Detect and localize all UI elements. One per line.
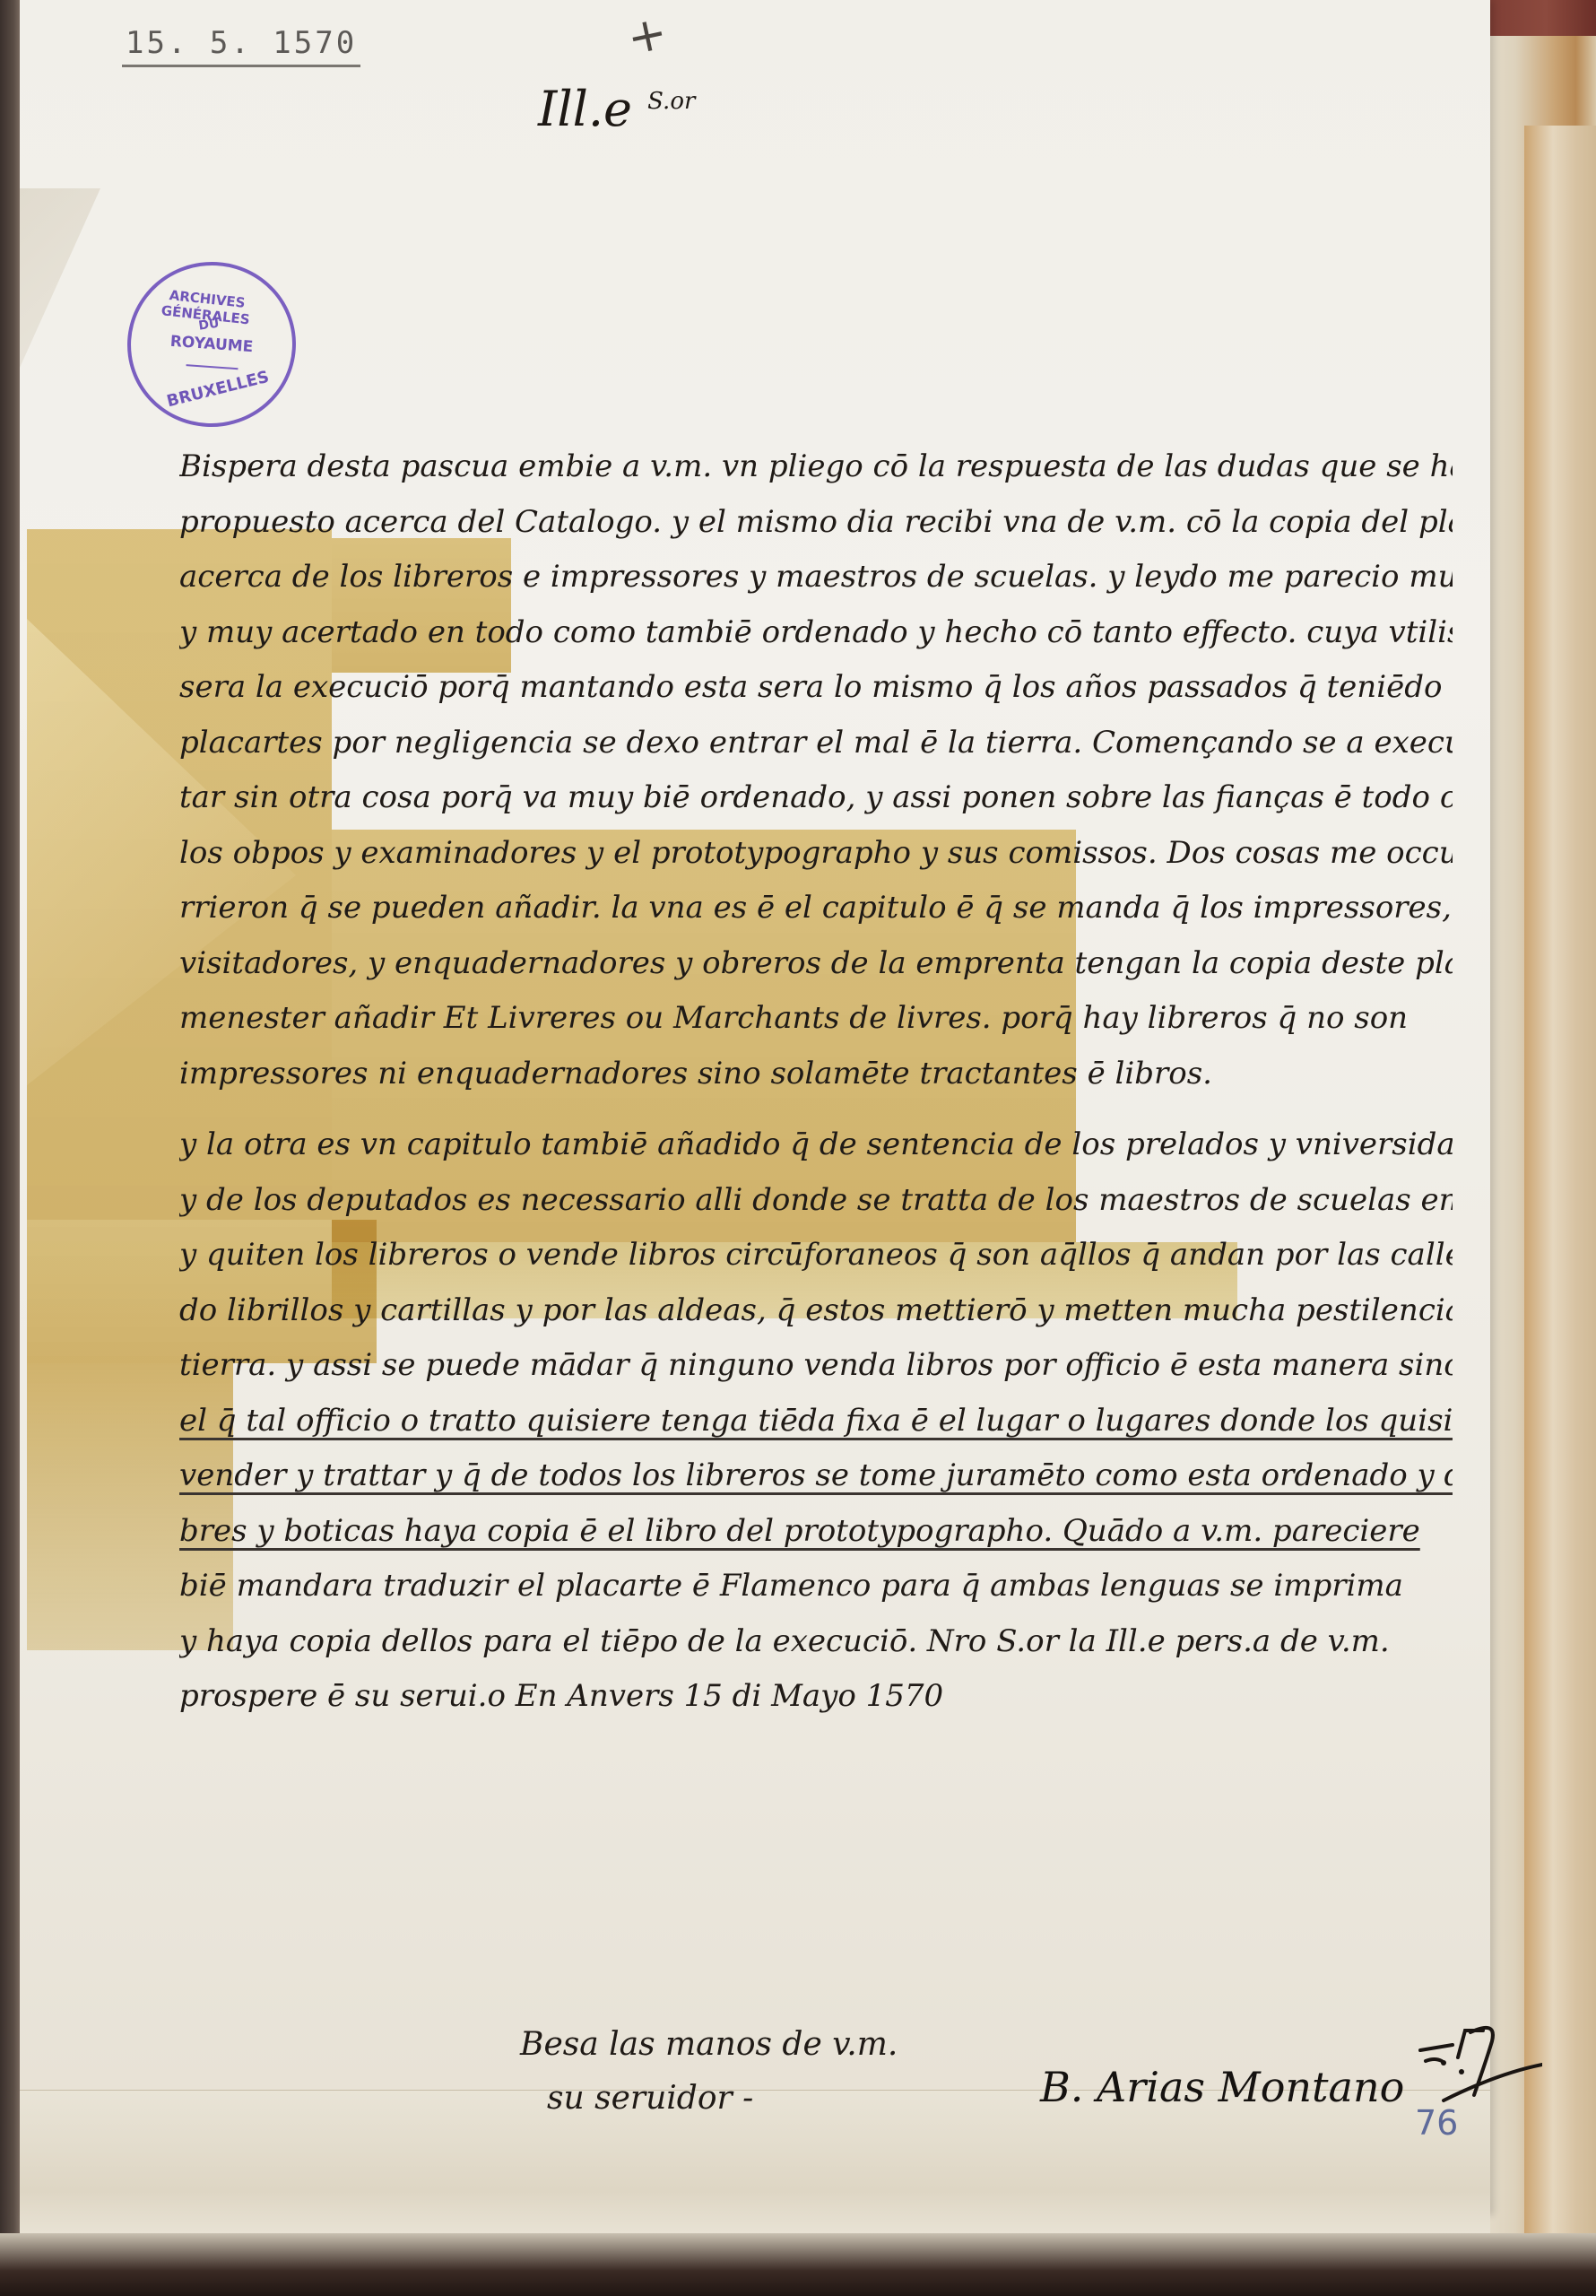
body-line: rrieron q̄ se pueden añadir. la vna es ē…: [179, 881, 1453, 936]
body-line: menester añadir Et Livreres ou Marchants…: [179, 991, 1453, 1047]
body-line-underlined: vender y trattar y q̄ de todos los libre…: [179, 1448, 1453, 1504]
body-line: sera la execuciō porq̄ mantando esta ser…: [179, 660, 1453, 716]
body-line: y haya copia dellos para el tiēpo de la …: [179, 1614, 1453, 1670]
folio-number: 76: [1415, 2103, 1458, 2143]
body-line: acerca de los libreros e impressores y m…: [179, 550, 1453, 605]
left-binding-edge: [0, 0, 20, 2296]
body-line: Bispera desta pascua embie a v.m. vn pli…: [179, 439, 1453, 495]
body-line: do librillos y cartillas y por las aldea…: [179, 1283, 1453, 1339]
body-line: placartes por negligencia se dexo entrar…: [179, 716, 1453, 771]
body-line: prospere ē su serui.o En Anvers 15 di Ma…: [179, 1669, 1453, 1725]
signature: B. Arias Montano: [1040, 2063, 1404, 2111]
archive-date-underline: [122, 65, 360, 67]
salutation-main: Ill.e: [538, 81, 632, 137]
body-line: tar sin otra cosa porq̄ va muy biē orden…: [179, 770, 1453, 826]
stamp-royaume-text: ROYAUME: [131, 330, 293, 360]
rubric-flourish-icon: [1417, 2018, 1542, 2117]
body-line: visitadores, y enquadernadores y obreros…: [179, 936, 1453, 992]
body-line: impressores ni enquadernadores sino sola…: [179, 1047, 1453, 1102]
body-line: y quiten los libreros o vende libros cir…: [179, 1228, 1453, 1283]
underlying-sheet-aged: [1524, 126, 1596, 2260]
letter-body: Bispera desta pascua embie a v.m. vn pli…: [179, 439, 1453, 1725]
body-line: propuesto acerca del Catalogo. y el mism…: [179, 495, 1453, 551]
closing-line-1: Besa las manos de v.m.: [520, 2018, 898, 2072]
closing-formula: Besa las manos de v.m. su seruidor -: [520, 2018, 898, 2126]
body-line: y la otra es vn capitulo tambiē añadido …: [179, 1118, 1453, 1173]
body-line-underlined: el q̄ tal officio o tratto quisiere teng…: [179, 1394, 1453, 1449]
archive-date: 15. 5. 1570: [126, 25, 357, 61]
salutation-sup: S.or: [647, 88, 695, 115]
body-line: biē mandara traduzir el placarte ē Flame…: [179, 1559, 1453, 1614]
stamp-rule: [186, 364, 239, 370]
body-line-underlined: bres y boticas haya copia ē el libro del…: [179, 1504, 1453, 1560]
closing-line-2: su seruidor -: [520, 2072, 898, 2126]
salutation: Ill.e S.or: [538, 81, 695, 137]
body-line: y muy acertado en todo como tambiē orden…: [179, 605, 1453, 661]
page-bottom-edge: [0, 2233, 1596, 2296]
body-line: y de los deputados es necessario alli do…: [179, 1173, 1453, 1229]
body-line: tierra. y assi se puede mādar q̄ ninguno…: [179, 1338, 1453, 1394]
body-line: los obpos y examinadores y el prototypog…: [179, 826, 1453, 882]
